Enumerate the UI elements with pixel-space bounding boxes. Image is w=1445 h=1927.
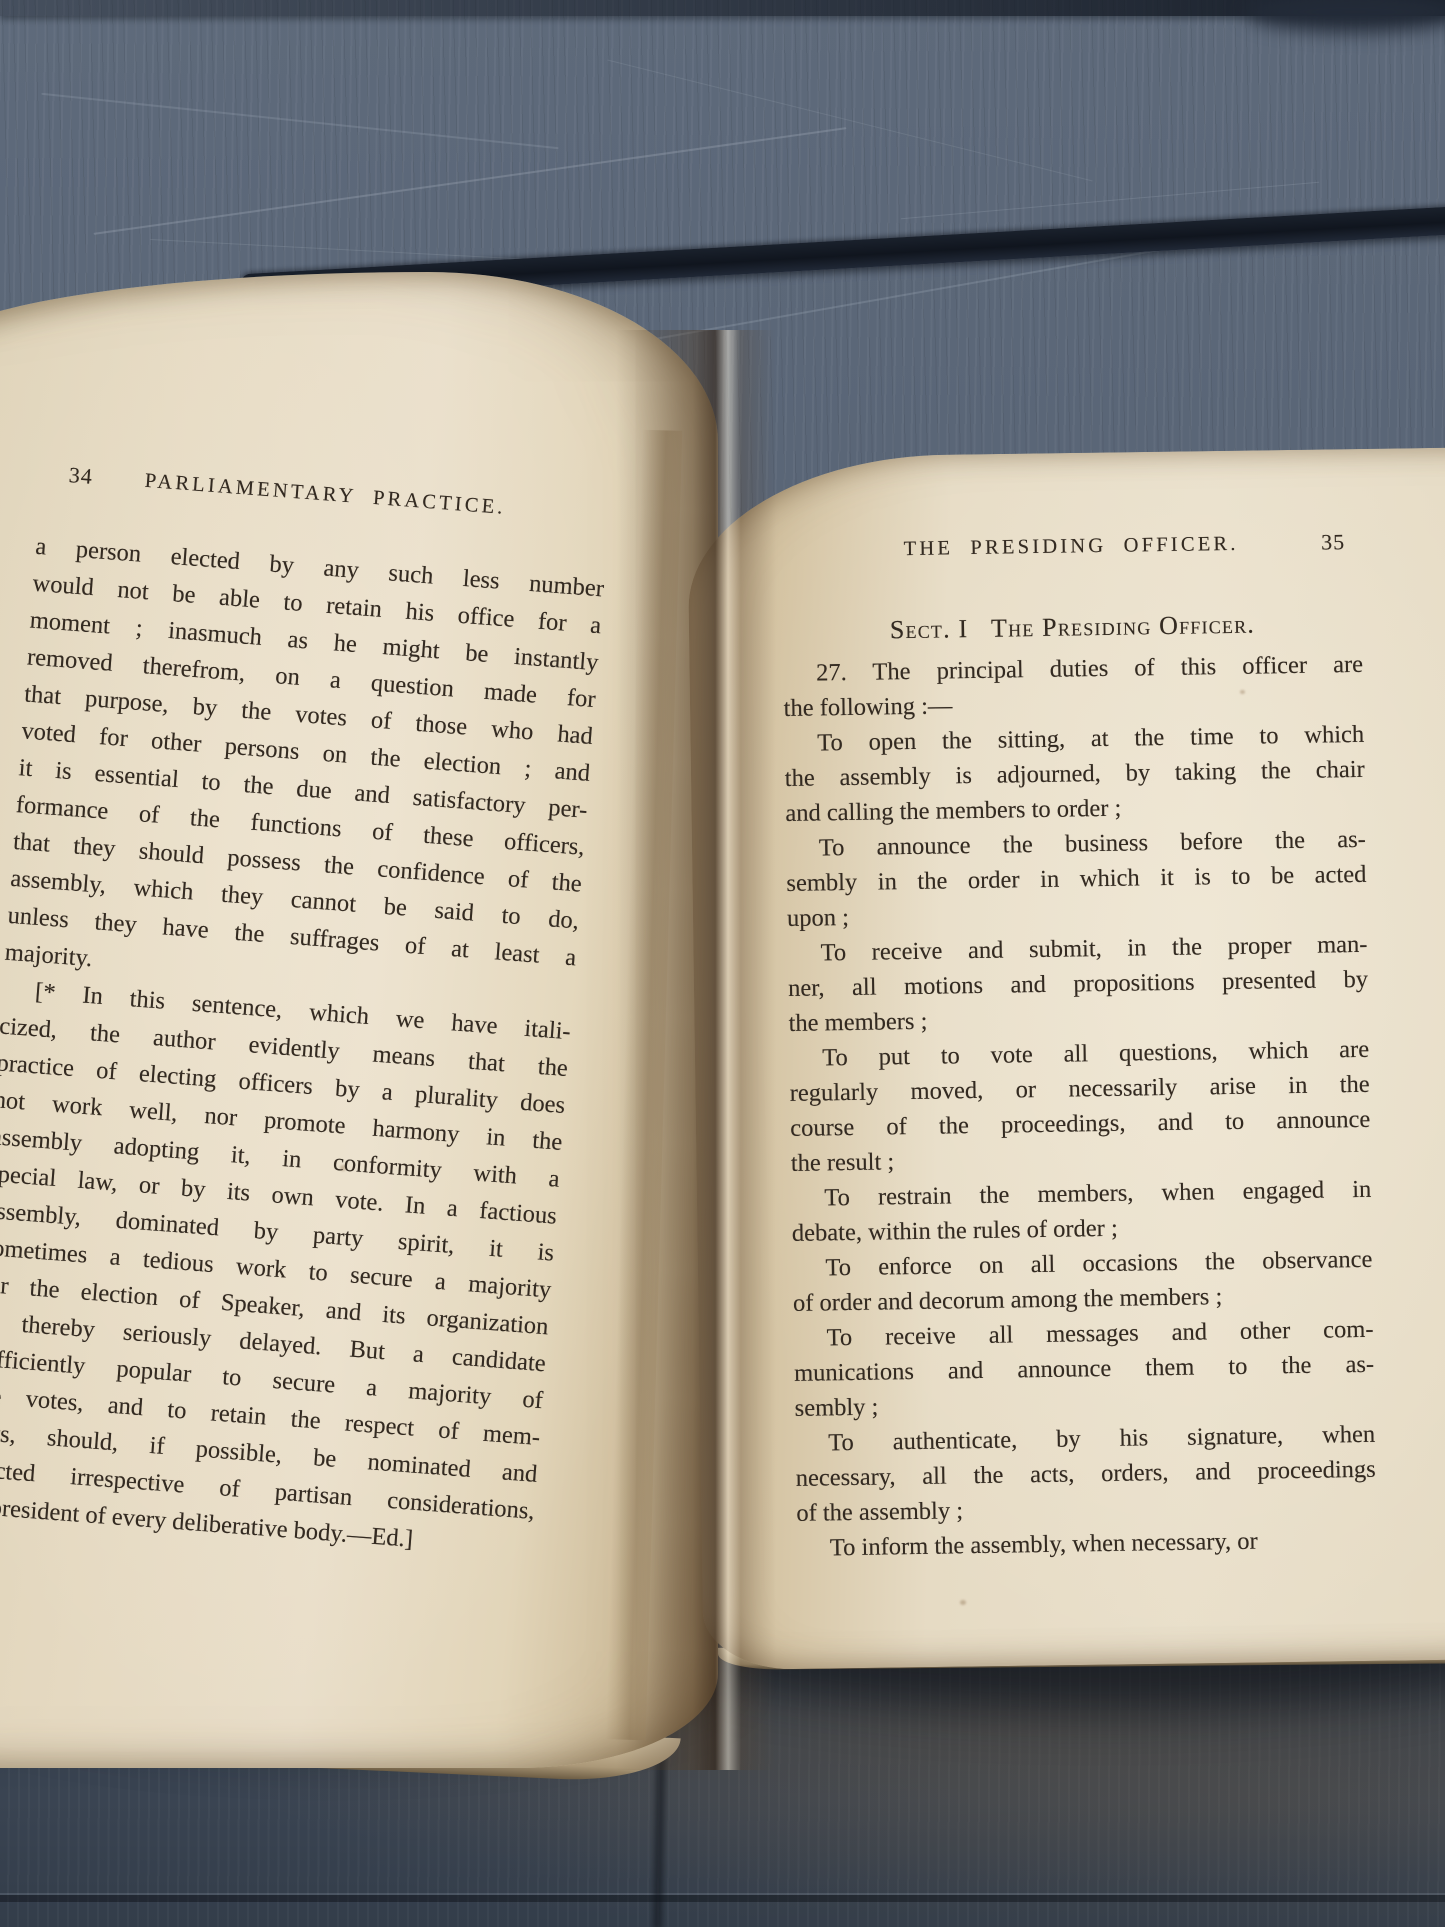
paragraph: To authenticate, by his signature, whenn…	[795, 1417, 1377, 1531]
paragraph: To open the sitting, at the time to whic…	[784, 717, 1366, 831]
gutter-shadow	[616, 330, 776, 1770]
paragraph: 27. The principal duties of this officer…	[783, 647, 1364, 726]
left-page-text: 34 PARLIAMENTARY PRACTICE. a person elec…	[0, 460, 610, 1567]
paragraph: To restrain the members, when engaged in…	[791, 1172, 1372, 1251]
photo-open-book: 34 PARLIAMENTARY PRACTICE. a person elec…	[0, 0, 1445, 1927]
page-number-left: 34	[68, 462, 94, 490]
paragraph: To announce the business before the as-s…	[786, 822, 1368, 936]
page-number-right: 35	[1321, 529, 1345, 555]
paper-speck	[960, 1600, 966, 1605]
paragraph: To receive and submit, in the proper man…	[787, 927, 1369, 1041]
plank-seam-top	[0, 0, 1445, 16]
left-page-body: a person elected by any such less number…	[0, 528, 605, 1567]
paragraph: To receive all messages and other com-mu…	[793, 1312, 1375, 1426]
section-heading: Sect. I The Presiding Officer.	[782, 607, 1362, 648]
right-page-body: 27. The principal duties of this officer…	[783, 647, 1377, 1566]
paragraph: [* In this sentence, which we have itali…	[0, 971, 572, 1567]
plank-seam-bottom	[0, 1893, 1445, 1902]
paragraph: To put to vote all questions, which arer…	[789, 1032, 1371, 1181]
right-page-text: THE PRESIDING OFFICER. 35 Sect. I The Pr…	[781, 529, 1377, 1566]
paragraph: a person elected by any such less number…	[4, 528, 606, 1013]
paragraph: To enforce on all occasions the observan…	[792, 1242, 1373, 1321]
